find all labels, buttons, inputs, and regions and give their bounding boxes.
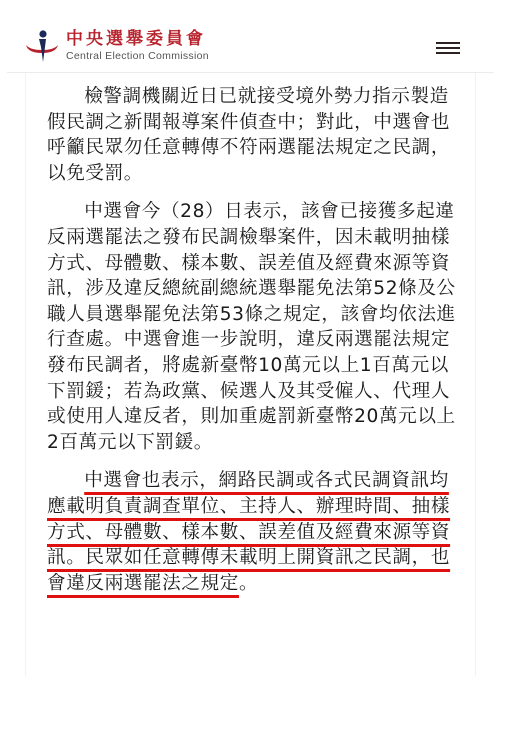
hamburger-menu-button[interactable] [434,38,462,56]
cec-logo-icon [24,29,60,63]
article-paragraph-1: 檢警調機關近日已就接受境外勢力指示製造假民調之新聞報導案件偵查中；對此，中選會也… [47,84,457,186]
hamburger-menu-icon [436,42,460,44]
logo-chinese-name: 中央選舉委員會 [66,29,209,49]
site-logo[interactable]: 中央選舉委員會 Central Election Commission [24,29,209,63]
paragraph-end-punctuation: 。 [239,573,258,594]
site-header: 中央選舉委員會 Central Election Commission [0,0,509,72]
article-paragraph-2: 中選會今（28）日表示，該會已接獲多起違反兩選罷法之發布民調檢舉案件，因未載明抽… [47,199,457,455]
article-paragraph-highlighted: 中選會也表示，網路民調或各式民調資訊均應載明負責調查單位、主持人、辦理時間、抽樣… [47,468,457,596]
logo-english-name: Central Election Commission [66,50,209,63]
hamburger-bar [436,52,460,54]
article-body: 檢警調機關近日已就接受境外勢力指示製造假民調之新聞報導案件偵查中；對此，中選會也… [47,84,457,609]
hamburger-bar [436,47,460,49]
